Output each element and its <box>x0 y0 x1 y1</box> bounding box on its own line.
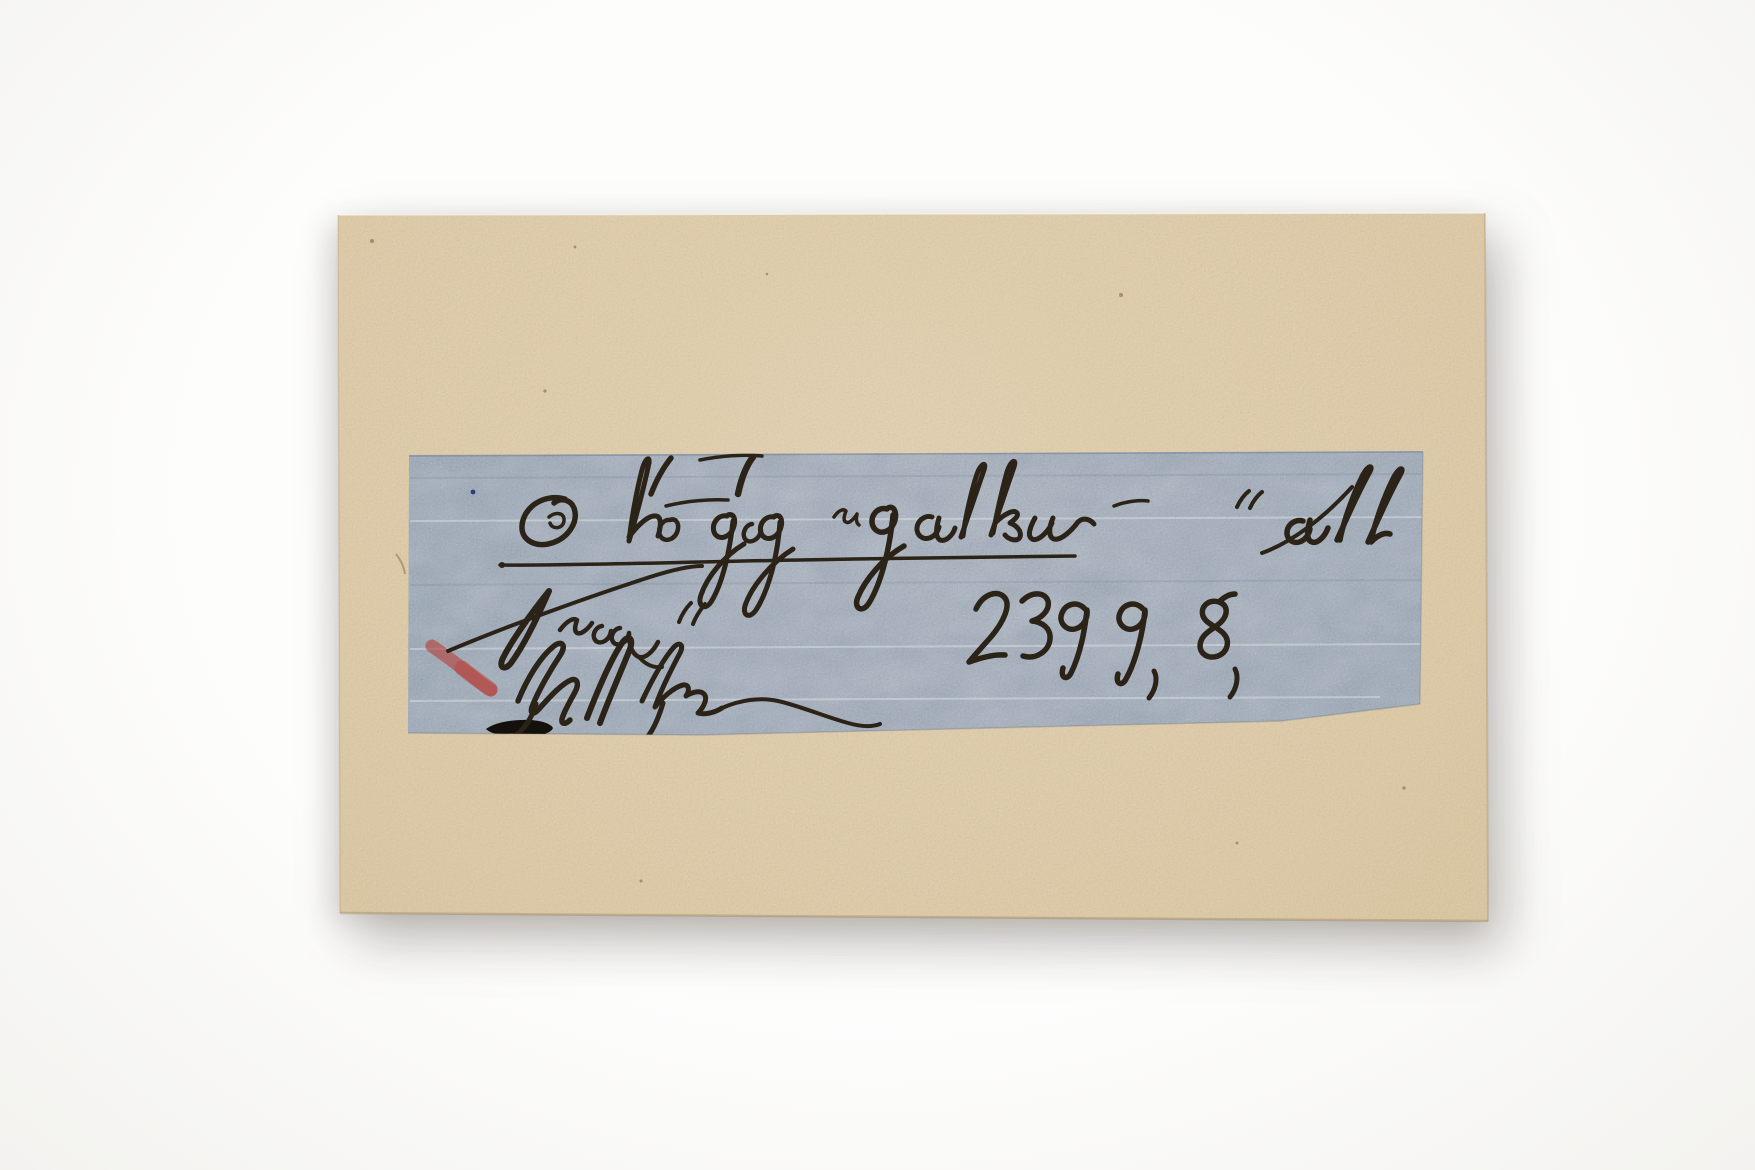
ink-stroke <box>543 389 546 392</box>
ink-stroke <box>766 273 769 276</box>
ink-stroke <box>574 246 577 249</box>
ink-art-layer <box>0 0 1755 1170</box>
ink-stroke <box>1236 842 1239 845</box>
ink-stroke <box>640 880 643 883</box>
photo-scene: O hō— gegⁿ galkū “all tree” 239 9, 8, R—… <box>0 0 1755 1170</box>
ink-stroke <box>1119 293 1123 297</box>
blue-ink-dot <box>471 490 476 495</box>
ink-stroke <box>370 239 374 243</box>
ink-stroke <box>1402 786 1405 789</box>
